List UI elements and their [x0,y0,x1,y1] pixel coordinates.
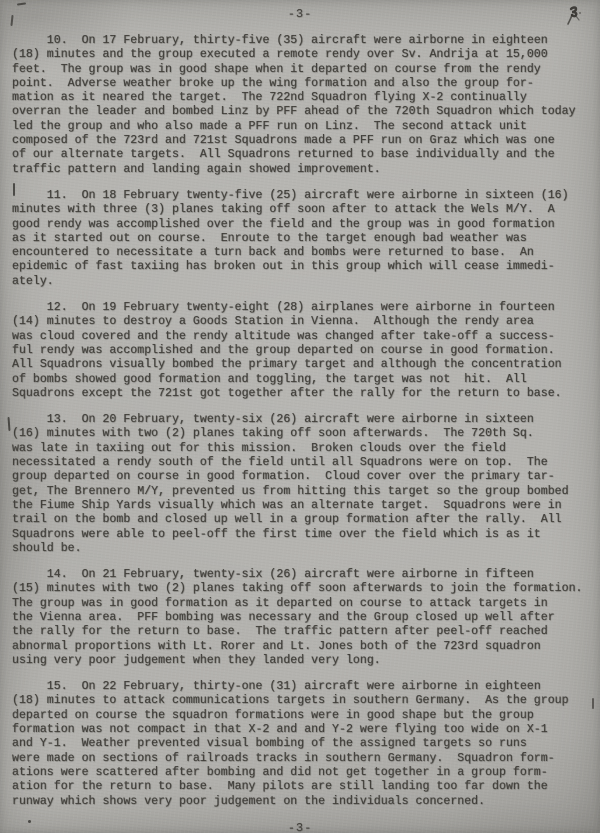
page-number-footer: -3- [0,821,600,833]
paragraph-13: 13. On 20 February, twenty-six (26) airc… [12,413,592,556]
paragraph-11: 11. On 18 February twenty-five (25) airc… [12,189,592,289]
paragraph-12: 12. On 19 February twenty-eight (28) air… [12,301,592,401]
paragraph-10: 10. On 17 February, thirty-five (35) air… [12,34,592,177]
paragraph-15: 15. On 22 February, thirty-one (31) airc… [12,680,592,809]
scanned-document-page: -3- 10. On 17 February, thirty-five (35)… [0,0,600,833]
page-number-header: -3- [0,0,600,21]
document-body: 10. On 17 February, thirty-five (35) air… [0,34,600,809]
paragraph-14: 14. On 21 February, twenty-six (26) airc… [12,568,592,668]
